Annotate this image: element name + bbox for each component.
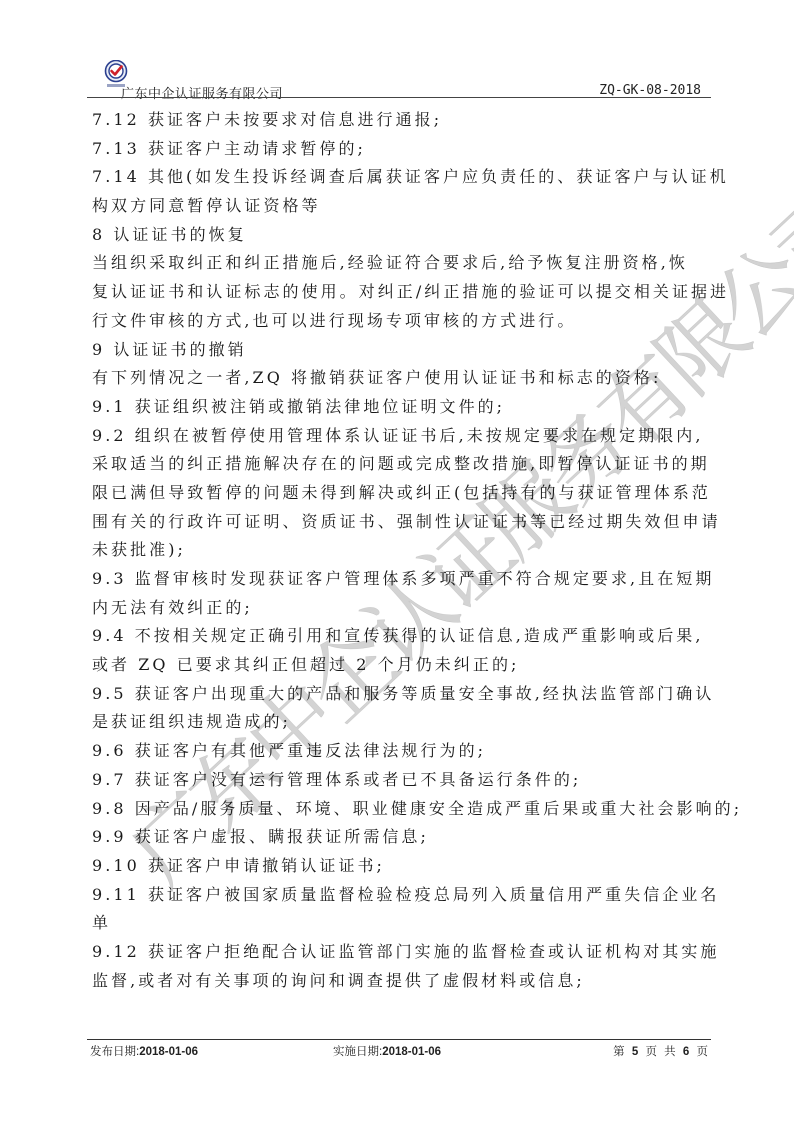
text-line: 9.2 组织在被暂停使用管理体系认证证书后,未按规定要求在规定期限内, — [92, 422, 710, 451]
text-line: 9.5 获证客户出现重大的产品和服务等质量安全事故,经执法监管部门确认 — [92, 680, 710, 709]
text-line: 构双方同意暂停认证资格等 — [92, 192, 710, 221]
text-line: 是获证组织违规造成的; — [92, 708, 710, 737]
text-line: 9.4 不按相关规定正确引用和宣传获得的认证信息,造成严重影响或后果, — [92, 622, 710, 651]
text-line: 监督,或者对有关事项的询问和调查提供了虚假材料或信息; — [92, 967, 710, 996]
text-line: 采取适当的纠正措施解决存在的问题或完成整改措施,即暂停认证证书的期 — [92, 450, 710, 479]
text-line: 7.12 获证客户未按要求对信息进行通报; — [92, 106, 710, 135]
text-line: 9.1 获证组织被注销或撤销法律地位证明文件的; — [92, 393, 710, 422]
text-line: 单 — [92, 909, 710, 938]
effective-date: 实施日期:2018-01-06 — [333, 1043, 441, 1059]
text-line: 围有关的行政许可证明、资质证书、强制性认证证书等已经过期失效但申请 — [92, 508, 710, 537]
text-line: 9.10 获证客户申请撤销认证证书; — [92, 852, 710, 881]
text-line: 9.7 获证客户没有运行管理体系或者已不具备运行条件的; — [92, 766, 710, 795]
document-body: 7.12 获证客户未按要求对信息进行通报; 7.13 获证客户主动请求暂停的; … — [92, 106, 710, 995]
publish-date-label: 发布日期: — [90, 1046, 139, 1058]
page-total: 6 — [683, 1046, 691, 1058]
text-line: 当组织采取纠正和纠正措施后,经验证符合要求后,给予恢复注册资格,恢 — [92, 249, 710, 278]
page-prefix: 第 — [613, 1046, 627, 1058]
text-line: 未获批准); — [92, 536, 710, 565]
company-name: 广东中企认证服务有限公司 — [121, 83, 283, 102]
document-page: 广东中企认证服务有限公司 广东中企认证服务有限公司 ZQ-GK-08-2018 … — [0, 0, 794, 1123]
text-line: 9.12 获证客户拒绝配合认证监管部门实施的监督检查或认证机构对其实施 — [92, 938, 710, 967]
text-line: 或者 ZQ 已要求其纠正但超过 2 个月仍未纠正的; — [92, 651, 710, 680]
text-line: 7.14 其他(如发生投诉经调查后属获证客户应负责任的、获证客户与认证机 — [92, 163, 710, 192]
page-number: 第 5 页 共 6 页 — [613, 1043, 710, 1059]
page-header: 广东中企认证服务有限公司 ZQ-GK-08-2018 — [87, 60, 711, 98]
text-line: 9.3 监督审核时发现获证客户管理体系多项严重不符合规定要求,且在短期 — [92, 565, 710, 594]
effective-date-label: 实施日期: — [333, 1046, 382, 1058]
publish-date-value: 2018-01-06 — [139, 1046, 198, 1058]
text-line: 复认证证书和认证标志的使用。对纠正/纠正措施的验证可以提交相关证据进 — [92, 278, 710, 307]
section-heading: 8 认证证书的恢复 — [92, 221, 710, 250]
text-line: 行文件审核的方式,也可以进行现场专项审核的方式进行。 — [92, 307, 710, 336]
page-current: 5 — [632, 1046, 640, 1058]
text-line: 9.8 因产品/服务质量、环境、职业健康安全造成严重后果或重大社会影响的; — [92, 795, 710, 824]
document-code: ZQ-GK-08-2018 — [599, 83, 701, 98]
text-line: 7.13 获证客户主动请求暂停的; — [92, 135, 710, 164]
text-line: 有下列情况之一者,ZQ 将撤销获证客户使用认证证书和标志的资格: — [92, 364, 710, 393]
header-divider — [87, 97, 711, 98]
page-footer: 发布日期:2018-01-06 实施日期:2018-01-06 第 5 页 共 … — [90, 1043, 710, 1059]
page-mid: 页 共 — [645, 1046, 677, 1058]
text-line: 限已满但导致暂停的问题未得到解决或纠正(包括持有的与获证管理体系范 — [92, 479, 710, 508]
text-line: 内无法有效纠正的; — [92, 594, 710, 623]
section-heading: 9 认证证书的撤销 — [92, 336, 710, 365]
page-suffix: 页 — [697, 1046, 711, 1058]
text-line: 9.9 获证客户虚报、瞒报获证所需信息; — [92, 823, 710, 852]
text-line: 9.11 获证客户被国家质量监督检验检疫总局列入质量信用严重失信企业名 — [92, 881, 710, 910]
effective-date-value: 2018-01-06 — [382, 1046, 441, 1058]
publish-date: 发布日期:2018-01-06 — [90, 1043, 198, 1059]
footer-divider — [87, 1039, 711, 1040]
text-line: 9.6 获证客户有其他严重违反法律法规行为的; — [92, 737, 710, 766]
